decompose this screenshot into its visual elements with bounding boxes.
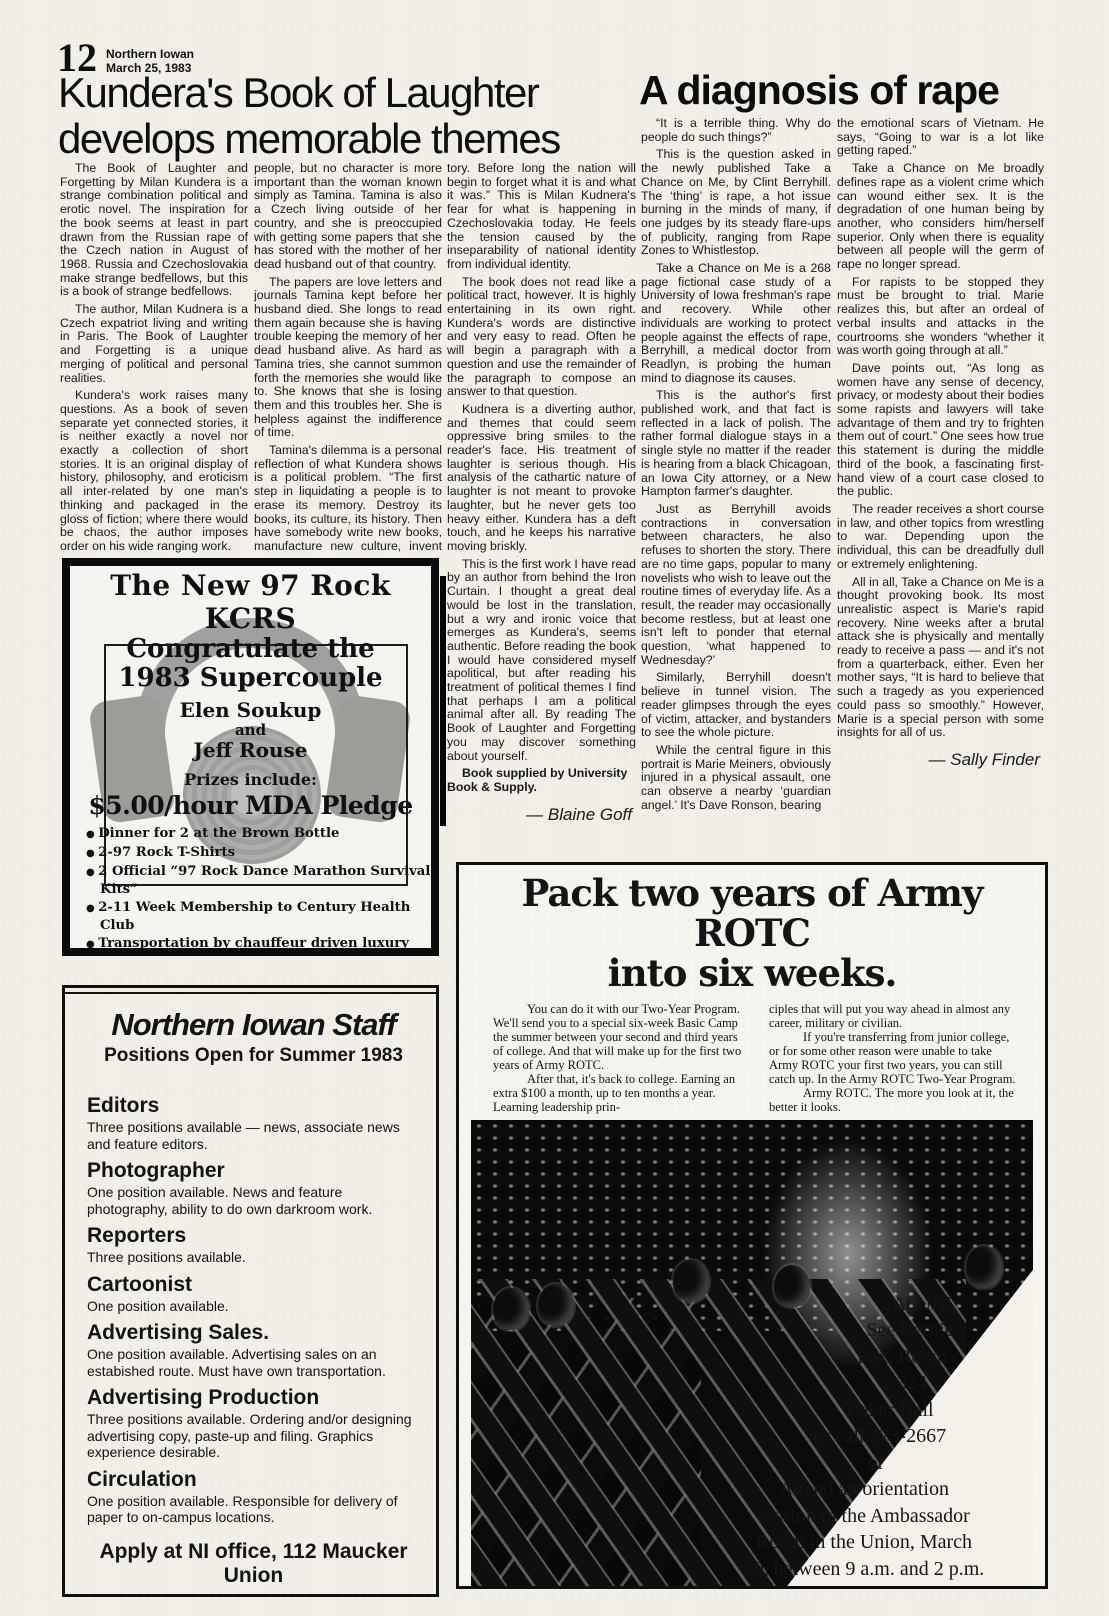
prize-item: Transportation by chauffeur driven luxur… <box>86 935 431 956</box>
supercouple-name-1: Elen Soukup <box>70 699 431 722</box>
prize-item: 2-97 Rock T-Shirts <box>86 844 431 862</box>
caption-line: Attend an orientation <box>699 1476 1029 1503</box>
article-paragraph: All in all, Take a Chance on Me is a tho… <box>837 576 1044 740</box>
rotc-photo: At UNISee BernieFox, Room324Baker Hallor… <box>471 1120 1033 1588</box>
kcrs-radio-ad: The New 97 Rock KCRS Congratulate the 19… <box>62 558 439 956</box>
article-paragraph: Just as Berryhill avoids contractions in… <box>641 503 831 667</box>
staff-section-circulation: Circulation One position available. Resp… <box>87 1468 420 1526</box>
section-heading: Reporters <box>87 1224 420 1247</box>
rotc-contact-caption: At UNISee BernieFox, Room324Baker Hallor… <box>699 1291 1029 1583</box>
section-body: One position available. Advertising sale… <box>87 1346 417 1379</box>
caption-line: At UNI <box>757 1291 1033 1318</box>
caption-line: 324 <box>747 1370 1033 1397</box>
soldier-silhouette <box>538 1284 574 1326</box>
prize-headline: $5.00/hour MDA Pledge <box>70 791 431 820</box>
rotc-column-2: ciples that will put you way ahead in al… <box>769 1002 1019 1114</box>
and-text: and <box>70 722 431 739</box>
scan-artifact-bar <box>440 576 446 826</box>
prize-list: Dinner for 2 at the Brown Bottle2-97 Roc… <box>86 825 431 956</box>
kundera-column-1: The Book of Laughter and Forgetting by M… <box>60 162 248 555</box>
article-paragraph: Dave points out, “As long as women have … <box>837 362 1044 499</box>
article-paragraph: — Sally Finder <box>837 750 1044 770</box>
kcrs-ad-line2: Congratulate the <box>70 635 431 664</box>
kcrs-ad-content: The New 97 Rock KCRS Congratulate the 19… <box>70 569 431 956</box>
prize-item: 2-11 Week Membership to Century Health C… <box>86 899 431 934</box>
kcrs-ad-title: The New 97 Rock KCRS <box>70 569 431 635</box>
caption-line: session in the Ambassador <box>699 1503 1029 1530</box>
section-body: One position available. <box>87 1298 417 1315</box>
staff-section-editors: Editors Three positions available — news… <box>87 1094 420 1152</box>
prize-item: 2 Official “97 Rock Dance Marathon Survi… <box>86 863 431 898</box>
rotc-headline-line1: Pack two years of Army ROTC <box>459 873 1045 953</box>
prizes-label: Prizes include: <box>70 770 431 789</box>
section-heading: Advertising Production <box>87 1386 420 1409</box>
article-paragraph: people, but no character is more importa… <box>254 162 442 272</box>
diagnosis-column-2: the emotional scars of Vietnam. He says,… <box>837 117 1044 825</box>
article-paragraph: tory. Before long the nation will begin … <box>447 162 636 272</box>
masthead-title: Northern Iowan <box>106 47 194 61</box>
article-paragraph: — Blaine Goff <box>447 805 636 824</box>
rotc-headline-line2: into six weeks. <box>459 953 1045 993</box>
prize-item: Dinner for 2 at the Brown Bottle <box>86 825 431 843</box>
article-paragraph: Similarly, Berryhill doesn't believe in … <box>641 671 831 740</box>
section-heading: Advertising Sales. <box>87 1321 420 1344</box>
article-paragraph: Tamina's dilemma is a personal reflectio… <box>254 444 442 555</box>
section-body: Three positions available. <box>87 1249 417 1266</box>
article-paragraph: Take a Chance on Me broadly defines rape… <box>837 162 1044 272</box>
section-body: One position available. Responsible for … <box>87 1493 417 1526</box>
soldier-silhouette <box>966 1246 1002 1288</box>
staff-section-photographer: Photographer One position available. New… <box>87 1159 420 1217</box>
article-paragraph: Kundera's work raises many questions. As… <box>60 389 248 553</box>
caption-line: Baker Hall <box>725 1397 1033 1424</box>
section-heading: Cartoonist <box>87 1273 420 1296</box>
article-paragraph: For rapists to be stopped they must be b… <box>837 276 1044 358</box>
kundera-column-2: people, but no character is more importa… <box>254 162 442 555</box>
article-paragraph: The reader receives a short course in la… <box>837 503 1044 572</box>
staff-section-cartoonist: Cartoonist One position available. <box>87 1273 420 1315</box>
ad-paragraph: You can do it with our Two-Year Program.… <box>493 1002 743 1072</box>
rotc-column-1: You can do it with our Two-Year Program.… <box>493 1002 743 1114</box>
diagnosis-headline: A diagnosis of rape <box>639 68 999 112</box>
article-paragraph: This is the first work I have read by an… <box>447 558 636 764</box>
kcrs-ad-line3: 1983 Supercouple <box>70 664 431 693</box>
kundera-headline: Kundera's Book of Laughter develops memo… <box>58 70 560 162</box>
army-rotc-ad: Pack two years of Army ROTC into six wee… <box>456 862 1048 1589</box>
article-paragraph: Take a Chance on Me is a 268 page fictio… <box>641 262 831 385</box>
section-body: One position available. News and feature… <box>87 1184 417 1217</box>
article-paragraph: Book supplied by University Book & Suppl… <box>447 767 636 794</box>
ad-paragraph: ciples that will put you way ahead in al… <box>769 1002 1019 1030</box>
section-heading: Editors <box>87 1094 420 1117</box>
kundera-headline-line2: develops memorable themes <box>58 116 560 162</box>
staff-positions-ad: Northern Iowan Staff Positions Open for … <box>62 985 439 1597</box>
article-paragraph: The Book of Laughter and Forgetting by M… <box>60 162 248 299</box>
newspaper-page: 12 Northern Iowan March 25, 1983 Kundera… <box>0 0 1109 1616</box>
caption-line: Room in the Union, March <box>699 1529 1029 1556</box>
apply-line: Apply at NI office, 112 Maucker Union <box>87 1540 420 1588</box>
staff-ad-title: Northern Iowan Staff <box>87 1008 420 1042</box>
soldier-silhouette <box>493 1288 529 1330</box>
section-heading: Photographer <box>87 1159 420 1182</box>
article-paragraph: This is the question asked in the newly … <box>641 148 831 258</box>
section-body: Three positions available — news, associ… <box>87 1119 417 1152</box>
article-paragraph: Kudnera is a diverting author, and theme… <box>447 403 636 554</box>
kundera-column-3: tory. Before long the nation will begin … <box>447 162 636 824</box>
diagnosis-column-1: “It is a terrible thing. Why do people d… <box>641 117 831 819</box>
ad-paragraph: After that, it's back to college. Earnin… <box>493 1072 743 1114</box>
ad-paragraph: Army ROTC. The more you look at it, the … <box>769 1086 1019 1114</box>
supercouple-name-2: Jeff Rouse <box>70 739 431 762</box>
rotc-body: You can do it with our Two-Year Program.… <box>459 993 1045 1114</box>
caption-line: 29, between 9 a.m. and 2 p.m. <box>699 1556 1029 1583</box>
caption-line: Fox, Room <box>737 1344 1033 1371</box>
staff-ad-subtitle: Positions Open for Summer 1983 <box>87 1045 420 1067</box>
staff-section-ad-production: Advertising Production Three positions a… <box>87 1386 420 1461</box>
article-paragraph: While the central figure in this portrai… <box>641 744 831 813</box>
section-heading: Circulation <box>87 1468 420 1491</box>
caption-line: or <box>711 1450 1033 1477</box>
section-body: Three positions available. Ordering and/… <box>87 1411 417 1461</box>
article-paragraph: the emotional scars of Vietnam. He says,… <box>837 117 1044 158</box>
article-paragraph: The author, Milan Kudnera is a Czech exp… <box>60 303 248 385</box>
staff-section-ad-sales: Advertising Sales. One position availabl… <box>87 1321 420 1379</box>
article-paragraph: The book does not read like a political … <box>447 276 636 399</box>
deadline-line: Deadline is April 8 <box>87 1594 420 1598</box>
article-paragraph: The papers are love letters and journals… <box>254 276 442 440</box>
caption-line: See Bernie <box>745 1317 1033 1344</box>
kundera-headline-line1: Kundera's Book of Laughter <box>58 70 560 116</box>
article-paragraph: “It is a terrible thing. Why do people d… <box>641 117 831 144</box>
caption-line: or call 273-2667 <box>715 1423 1033 1450</box>
ad-paragraph: If you're transferring from junior colle… <box>769 1030 1019 1086</box>
article-paragraph: This is the author's first published wor… <box>641 389 831 499</box>
staff-section-reporters: Reporters Three positions available. <box>87 1224 420 1266</box>
